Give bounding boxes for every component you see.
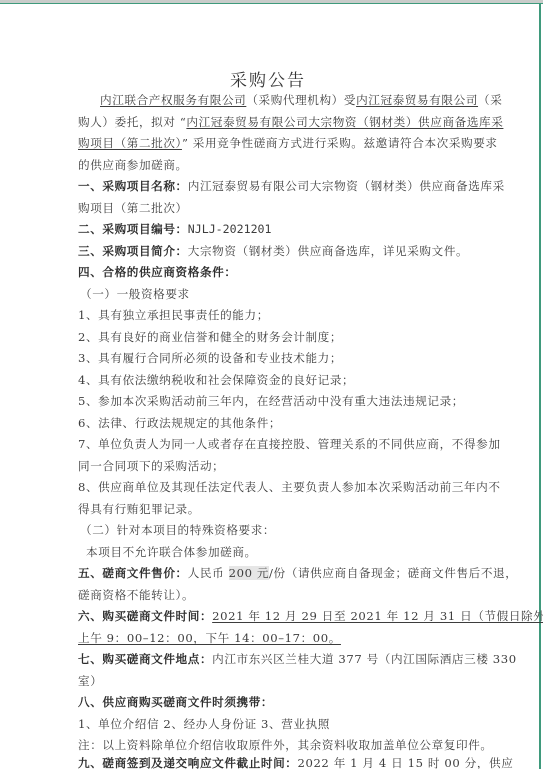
requirement-item-cont: 同一合同项下的采购活动；	[78, 459, 462, 473]
price-prefix: 人民币	[188, 566, 229, 580]
section-8-label: 八、供应商购买磋商文件时须携带：	[78, 695, 462, 709]
requirement-item: 8、供应商单位及其现任法定代表人、主要负责人参加本次采购活动前三年内不	[78, 480, 462, 494]
requirement-item: 3、具有履行合同所必须的设备和专业技术能力；	[78, 351, 462, 365]
section-1-label: 一、采购项目名称：	[78, 179, 188, 193]
purchase-location: 内江市东兴区兰桂大道 377 号（内江国际酒店三楼 330	[212, 652, 517, 666]
requirement-item: 5、参加本次采购活动前三年内，在经营活动中没有重大违法违规记录；	[78, 394, 462, 408]
section-6: 六、购买磋商文件时间：2021 年 12 月 29 日至 2021 年 12 月…	[78, 609, 462, 623]
section-3: 三、采购项目简介：大宗物资（钢材类）供应商备选库，详见采购文件。	[78, 244, 462, 258]
intro-line-4: 的供应商参加磋商。	[78, 158, 462, 172]
section-4-label: 四、合格的供应商资格条件：	[78, 265, 462, 279]
intro-line-1: 内江联合产权服务有限公司（采购代理机构）受内江冠泰贸易有限公司（采	[100, 93, 484, 107]
note: 注：以上资料除单位介绍信收取原件外，其余资料收取加盖单位公章复印件。	[78, 738, 462, 752]
section-5-label: 五、磋商文件售价：	[78, 566, 188, 580]
section-2: 二、采购项目编号：NJLJ-2021201	[78, 222, 462, 236]
section-7-cont: 室）	[78, 674, 462, 688]
requirement-item: 6、法律、行政法规规定的其他条件；	[78, 416, 462, 430]
section-6-label: 六、购买磋商文件时间：	[78, 609, 212, 623]
intro-text: 购人）委托，拟对 “	[78, 115, 186, 129]
section-6-cont: 上午 9：00–12：00，下午 14：00–17：00。	[78, 631, 462, 645]
project-name-cont: 购项目（第二批次）	[78, 136, 182, 150]
section-5: 五、磋商文件售价：人民币 200 元/份（请供应商自备现金；磋商文件售后不退，	[78, 566, 462, 580]
deadline: 2022 年 1 月 4 日 15 时 00 分	[298, 756, 477, 769]
purchase-dates: 2021 年 12 月 29 日至 2021 年 12 月 31 日（节假日除外…	[212, 609, 543, 623]
buyer-role: （采	[478, 93, 502, 107]
price-suffix: /份（请供应商自备现金；磋商文件售后不退，	[269, 566, 517, 580]
requirement-item: 1、具有独立承担民事责任的能力；	[78, 308, 462, 322]
project-number: NJLJ-2021201	[188, 222, 272, 236]
requirement-item: 7、单位负责人为同一人或者存在直接控股、管理关系的不同供应商，不得参加	[78, 437, 462, 451]
intro-line-3: 购项目（第二批次）” 采用竞争性磋商方式进行采购。兹邀请符合本次采购要求	[78, 136, 462, 150]
section-1: 一、采购项目名称：内江冠泰贸易有限公司大宗物资（钢材类）供应商备选库采	[78, 179, 462, 193]
document-title: 采购公告	[0, 66, 536, 91]
section-1-value: 内江冠泰贸易有限公司大宗物资（钢材类）供应商备选库采	[188, 179, 505, 193]
section-3-label: 三、采购项目简介：	[78, 244, 188, 258]
intro-text: ” 采用竞争性磋商方式进行采购。兹邀请符合本次采购要求	[182, 136, 498, 150]
window-right-border	[539, 3, 541, 769]
section-1-cont: 购项目（第二批次）	[78, 201, 462, 215]
section-9-label: 九、磋商签到及递交响应文件截止时间：	[78, 756, 298, 769]
agency-role: （采购代理机构）受	[246, 93, 356, 107]
section-8-value: 1、单位介绍信 2、经办人身份证 3、营业执照	[78, 717, 462, 731]
requirement-item: 2、具有良好的商业信誉和健全的财务会计制度；	[78, 330, 462, 344]
section-7-label: 七、购买磋商文件地点：	[78, 652, 212, 666]
section-9: 九、磋商签到及递交响应文件截止时间：2022 年 1 月 4 日 15 时 00…	[78, 756, 462, 769]
section-3-value: 大宗物资（钢材类）供应商备选库，详见采购文件。	[188, 244, 468, 258]
special-requirements-value: 本项目不允许联合体参加磋商。	[86, 545, 470, 559]
requirement-item-cont: 得具有行贿犯罪记录。	[78, 502, 462, 516]
section-9-tail: ，供应	[477, 756, 514, 769]
purchase-hours: 上午 9：00–12：00，下午 14：00–17：00。	[78, 631, 341, 645]
section-5-cont: 磋商资格不能转让）。	[78, 588, 462, 602]
buyer-name: 内江冠泰贸易有限公司	[356, 93, 478, 107]
agency-name: 内江联合产权服务有限公司	[100, 93, 246, 107]
document-page: 采购公告 内江联合产权服务有限公司（采购代理机构）受内江冠泰贸易有限公司（采 购…	[0, 0, 536, 769]
requirement-item: 4、具有依法缴纳税收和社会保障资金的良好记录；	[78, 373, 462, 387]
project-name: 内江冠泰贸易有限公司大宗物资（钢材类）供应商备选库采	[186, 115, 503, 129]
document-price: 200 元	[229, 566, 269, 580]
section-2-label: 二、采购项目编号：	[78, 222, 188, 236]
general-requirements-heading: （一）一般资格要求	[80, 287, 464, 301]
intro-line-2: 购人）委托，拟对 “内江冠泰贸易有限公司大宗物资（钢材类）供应商备选库采	[78, 115, 462, 129]
special-requirements-heading: （二）针对本项目的特殊资格要求：	[80, 523, 464, 537]
section-7: 七、购买磋商文件地点：内江市东兴区兰桂大道 377 号（内江国际酒店三楼 330	[78, 652, 462, 666]
